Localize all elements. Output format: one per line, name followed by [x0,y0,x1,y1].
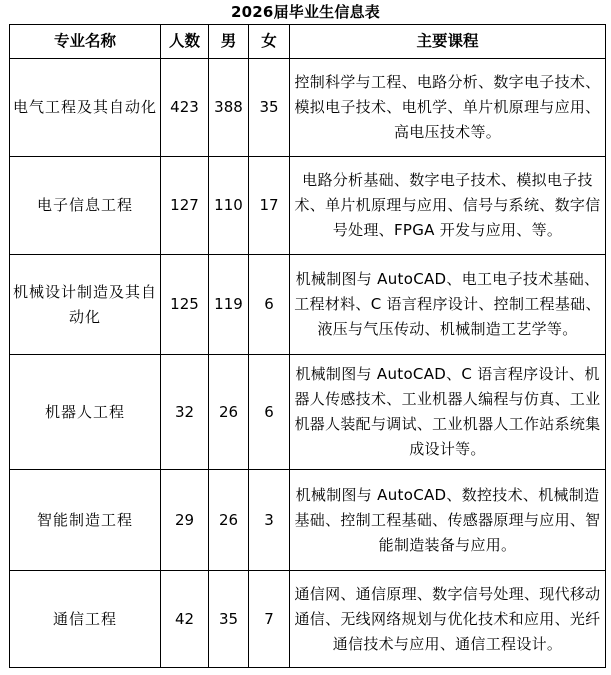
female-count: 3 [249,470,290,571]
major-name: 电子信息工程 [10,157,161,255]
female-count: 35 [249,59,290,157]
header-female: 女 [249,25,290,59]
major-name: 机器人工程 [10,355,161,470]
main-courses: 机械制图与 AutoCAD、C 语言程序设计、机器人传感技术、工业机器人编程与仿… [290,355,606,470]
main-courses: 通信网、通信原理、数字信号处理、现代移动通信、无线网络规划与优化技术和应用、光纤… [290,571,606,668]
table-row: 机器人工程 32 26 6 机械制图与 AutoCAD、C 语言程序设计、机器人… [10,355,606,470]
document-title: 2026届毕业生信息表 [0,2,611,22]
table-row: 电气工程及其自动化 423 388 35 控制科学与工程、电路分析、数字电子技术… [10,59,606,157]
male-count: 119 [209,255,249,355]
table-row: 通信工程 42 35 7 通信网、通信原理、数字信号处理、现代移动通信、无线网络… [10,571,606,668]
table-row: 机械设计制造及其自动化 125 119 6 机械制图与 AutoCAD、电工电子… [10,255,606,355]
female-count: 6 [249,355,290,470]
total-count: 423 [161,59,209,157]
header-row: 专业名称 人数 男 女 主要课程 [10,25,606,59]
female-count: 7 [249,571,290,668]
male-count: 35 [209,571,249,668]
total-count: 29 [161,470,209,571]
table-row: 智能制造工程 29 26 3 机械制图与 AutoCAD、数控技术、机械制造基础… [10,470,606,571]
main-courses: 机械制图与 AutoCAD、数控技术、机械制造基础、控制工程基础、传感器原理与应… [290,470,606,571]
total-count: 42 [161,571,209,668]
header-courses: 主要课程 [290,25,606,59]
female-count: 6 [249,255,290,355]
main-courses: 电路分析基础、数字电子技术、模拟电子技术、单片机原理与应用、信号与系统、数字信号… [290,157,606,255]
table-row: 电子信息工程 127 110 17 电路分析基础、数字电子技术、模拟电子技术、单… [10,157,606,255]
major-name: 通信工程 [10,571,161,668]
male-count: 388 [209,59,249,157]
header-major: 专业名称 [10,25,161,59]
main-courses: 控制科学与工程、电路分析、数字电子技术、模拟电子技术、电机学、单片机原理与应用、… [290,59,606,157]
total-count: 32 [161,355,209,470]
male-count: 26 [209,470,249,571]
graduate-info-table: 专业名称 人数 男 女 主要课程 电气工程及其自动化 423 388 35 控制… [9,24,606,668]
male-count: 26 [209,355,249,470]
major-name: 智能制造工程 [10,470,161,571]
total-count: 125 [161,255,209,355]
female-count: 17 [249,157,290,255]
total-count: 127 [161,157,209,255]
header-male: 男 [209,25,249,59]
male-count: 110 [209,157,249,255]
major-name: 电气工程及其自动化 [10,59,161,157]
main-courses: 机械制图与 AutoCAD、电工电子技术基础、工程材料、C 语言程序设计、控制工… [290,255,606,355]
header-total: 人数 [161,25,209,59]
major-name: 机械设计制造及其自动化 [10,255,161,355]
